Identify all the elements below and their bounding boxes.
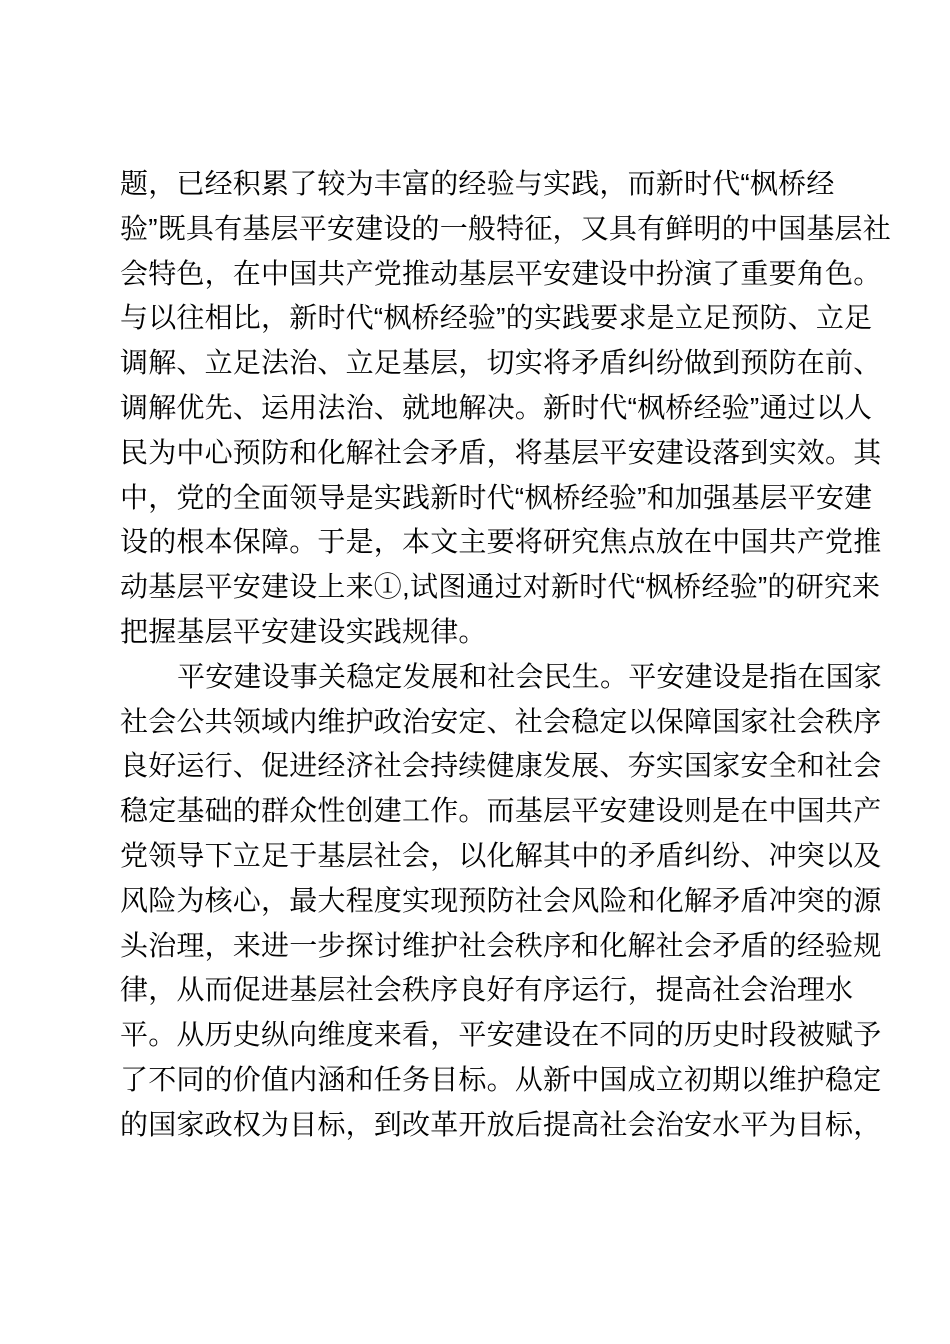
- text-line: 设的根本保障。于是，本文主要将研究焦点放在中国共产党推: [120, 520, 834, 565]
- text-line: 党领导下立足于基层社会，以化解其中的矛盾纠纷、冲突以及: [120, 834, 834, 879]
- text-line: 了不同的价值内涵和任务目标。从新中国成立初期以维护稳定: [120, 1058, 834, 1103]
- text-line: 风险为核心，最大程度实现预防社会风险和化解矛盾冲突的源: [120, 879, 834, 924]
- text-line: 社会公共领域内维护政治安定、社会稳定以保障国家社会秩序: [120, 700, 834, 745]
- text-line: 题，已经积累了较为丰富的经验与实践，而新时代“枫桥经: [120, 162, 834, 207]
- text-line: 民为中心预防和化解社会矛盾，将基层平安建设落到实效。其: [120, 431, 834, 476]
- text-line: 与以往相比，新时代“枫桥经验”的实践要求是立足预防、立足: [120, 296, 834, 341]
- text-line: 调解优先、运用法治、就地解决。新时代“枫桥经验”通过以人: [120, 386, 834, 431]
- text-line: 验”既具有基层平安建设的一般特征，又具有鲜明的中国基层社: [120, 207, 834, 252]
- text-line: 调解、立足法治、立足基层，切实将矛盾纠纷做到预防在前、: [120, 341, 834, 386]
- text-line: 中，党的全面领导是实践新时代“枫桥经验”和加强基层平安建: [120, 476, 834, 521]
- text-block: 题，已经积累了较为丰富的经验与实践，而新时代“枫桥经 验”既具有基层平安建设的一…: [120, 162, 834, 1148]
- text-line: 头治理，来进一步探讨维护社会秩序和化解社会矛盾的经验规: [120, 924, 834, 969]
- paragraph-1: 题，已经积累了较为丰富的经验与实践，而新时代“枫桥经 验”既具有基层平安建设的一…: [120, 162, 834, 655]
- text-line: 平安建设事关稳定发展和社会民生。平安建设是指在国家: [120, 655, 834, 700]
- text-line: 良好运行、促进经济社会持续健康发展、夯实国家安全和社会: [120, 744, 834, 789]
- text-line: 动基层平安建设上来①,试图通过对新时代“枫桥经验”的研究来: [120, 565, 834, 610]
- text-line: 平。从历史纵向维度来看，平安建设在不同的历史时段被赋予: [120, 1013, 834, 1058]
- text-line: 会特色，在中国共产党推动基层平安建设中扮演了重要角色。: [120, 252, 834, 297]
- text-line: 稳定基础的群众性创建工作。而基层平安建设则是在中国共产: [120, 789, 834, 834]
- text-line: 律，从而促进基层社会秩序良好有序运行，提高社会治理水: [120, 968, 834, 1013]
- paragraph-2: 平安建设事关稳定发展和社会民生。平安建设是指在国家 社会公共领域内维护政治安定、…: [120, 655, 834, 1148]
- text-line: 把握基层平安建设实践规律。: [120, 610, 834, 655]
- text-line: 的国家政权为目标，到改革开放后提高社会治安水平为目标，: [120, 1103, 834, 1148]
- document-page: 题，已经积累了较为丰富的经验与实践，而新时代“枫桥经 验”既具有基层平安建设的一…: [0, 0, 950, 1344]
